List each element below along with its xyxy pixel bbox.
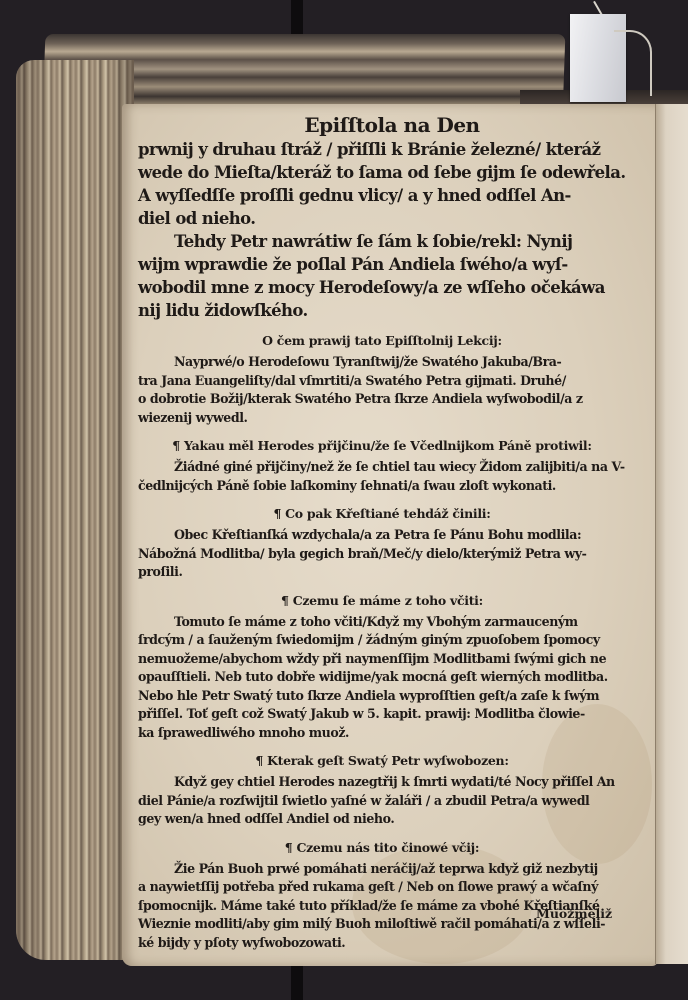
text-line: ka ſprawedliwého mnoho muož. [138, 724, 626, 743]
text-line: wijm wprawdie že poſlal Pán Andiela ſwéh… [138, 253, 626, 276]
text-line: Tomuto ſe máme z toho včiti/Když my Vboh… [138, 613, 626, 632]
text-line: wobodil mne z mocy Herodeſowy/a ze wſſeh… [138, 276, 626, 299]
section-question: ¶ Co pak Křeſtiané tehdáž činili: [138, 505, 626, 523]
section-question: O čem prawij tato Epiſſtolnij Lekcij: [138, 332, 626, 350]
text-line: Nebo hle Petr Swatý tuto ſkrze Andiela w… [138, 687, 626, 706]
text-line: wede do Mieſta/kteráž to ſama od ſebe gi… [138, 161, 626, 184]
text-line: tra Jana Euangeliſty/dal vſmrtiti/a Swat… [138, 372, 626, 391]
text-line: a naywietſſij potřeba před rukama geſt /… [138, 878, 626, 897]
text-line: proſili. [138, 563, 626, 582]
text-line: Nábožná Modlitba/ byla gegich braň/Meč/y… [138, 545, 626, 564]
text-line: Nayprwé/o Herodeſowu Tyranſtwij/že Swaté… [138, 353, 626, 372]
running-title: Epiſſtola na Den [158, 112, 626, 138]
section-question: ¶ Yakau měl Herodes přijčinu/že ſe Včedl… [138, 437, 626, 455]
text-line: přiſſel. Toť geſt což Swatý Jakub w 5. k… [138, 705, 626, 724]
section-answer: Žiádné giné přijčiny/než že ſe chtiel ta… [138, 458, 626, 495]
section-answer: Nayprwé/o Herodeſowu Tyranſtwij/že Swaté… [138, 353, 626, 427]
text-line: ſrdcým / a ſauženým ſwiedomijm / žádným … [138, 631, 626, 650]
section-question: ¶ Czemu ſe máme z toho včiti: [138, 592, 626, 610]
text-line: wiezenij wywedl. [138, 409, 626, 428]
text-line: Obec Křeſtianſká wzdychala/a za Petra ſe… [138, 526, 626, 545]
text-line: Tehdy Petr nawrátiw ſe ſám k ſobie/rekl:… [138, 230, 626, 253]
text-line: o dobrotie Božij/kterak Swatého Petra ſk… [138, 390, 626, 409]
facing-page-edge [655, 104, 688, 964]
text-line: gey wen/a hned odſſel Andiel od nieho. [138, 810, 626, 829]
text-line: opauſſtieli. Neb tuto dobře widijme/yak … [138, 668, 626, 687]
book: Epiſſtola na Den prwnij y druhau ſtráž /… [0, 0, 688, 1000]
text-line: Žiádné giné přijčiny/než že ſe chtiel ta… [138, 458, 626, 477]
text-line: čedlnijcých Páně ſobie laſkominy ſehnati… [138, 477, 626, 496]
text-line: diel Pánie/a rozſwijtil ſwietlo yaſné w … [138, 792, 626, 811]
section-answer: Obec Křeſtianſká wzdychala/a za Petra ſe… [138, 526, 626, 582]
text-line: nemuožeme/abychom wždy při naymenſſijm M… [138, 650, 626, 669]
text-line: Žie Pán Buoh prwé pomáhati neráčij/až te… [138, 860, 626, 879]
text-line: nij lidu židowſkého. [138, 299, 626, 322]
section-question: ¶ Czemu nás tito činowé včij: [138, 839, 626, 857]
text-line: prwnij y druhau ſtráž / přiſſli k Bránie… [138, 138, 626, 161]
catchword: Muožmeliž [536, 906, 612, 921]
page-block-fore-edge [16, 60, 134, 960]
section-answer: Tomuto ſe máme z toho včiti/Když my Vboh… [138, 613, 626, 743]
text-line: ké bijdy y pſoty wyſwobozowati. [138, 934, 626, 953]
intro-paragraph: prwnij y druhau ſtráž / přiſſli k Bránie… [138, 138, 626, 322]
page-text: Epiſſtola na Den prwnij y druhau ſtráž /… [138, 112, 626, 952]
section-question: ¶ Kterak geſt Swatý Petr wyſwobozen: [138, 752, 626, 770]
section-answer: Když gey chtiel Herodes nazegtřij k ſmrt… [138, 773, 626, 829]
text-line: diel od nieho. [138, 207, 626, 230]
ribbon-loop [614, 30, 652, 96]
text-line: Když gey chtiel Herodes nazegtřij k ſmrt… [138, 773, 626, 792]
text-line: A wyſſedſſe proſſli gednu vlicy/ a y hne… [138, 184, 626, 207]
